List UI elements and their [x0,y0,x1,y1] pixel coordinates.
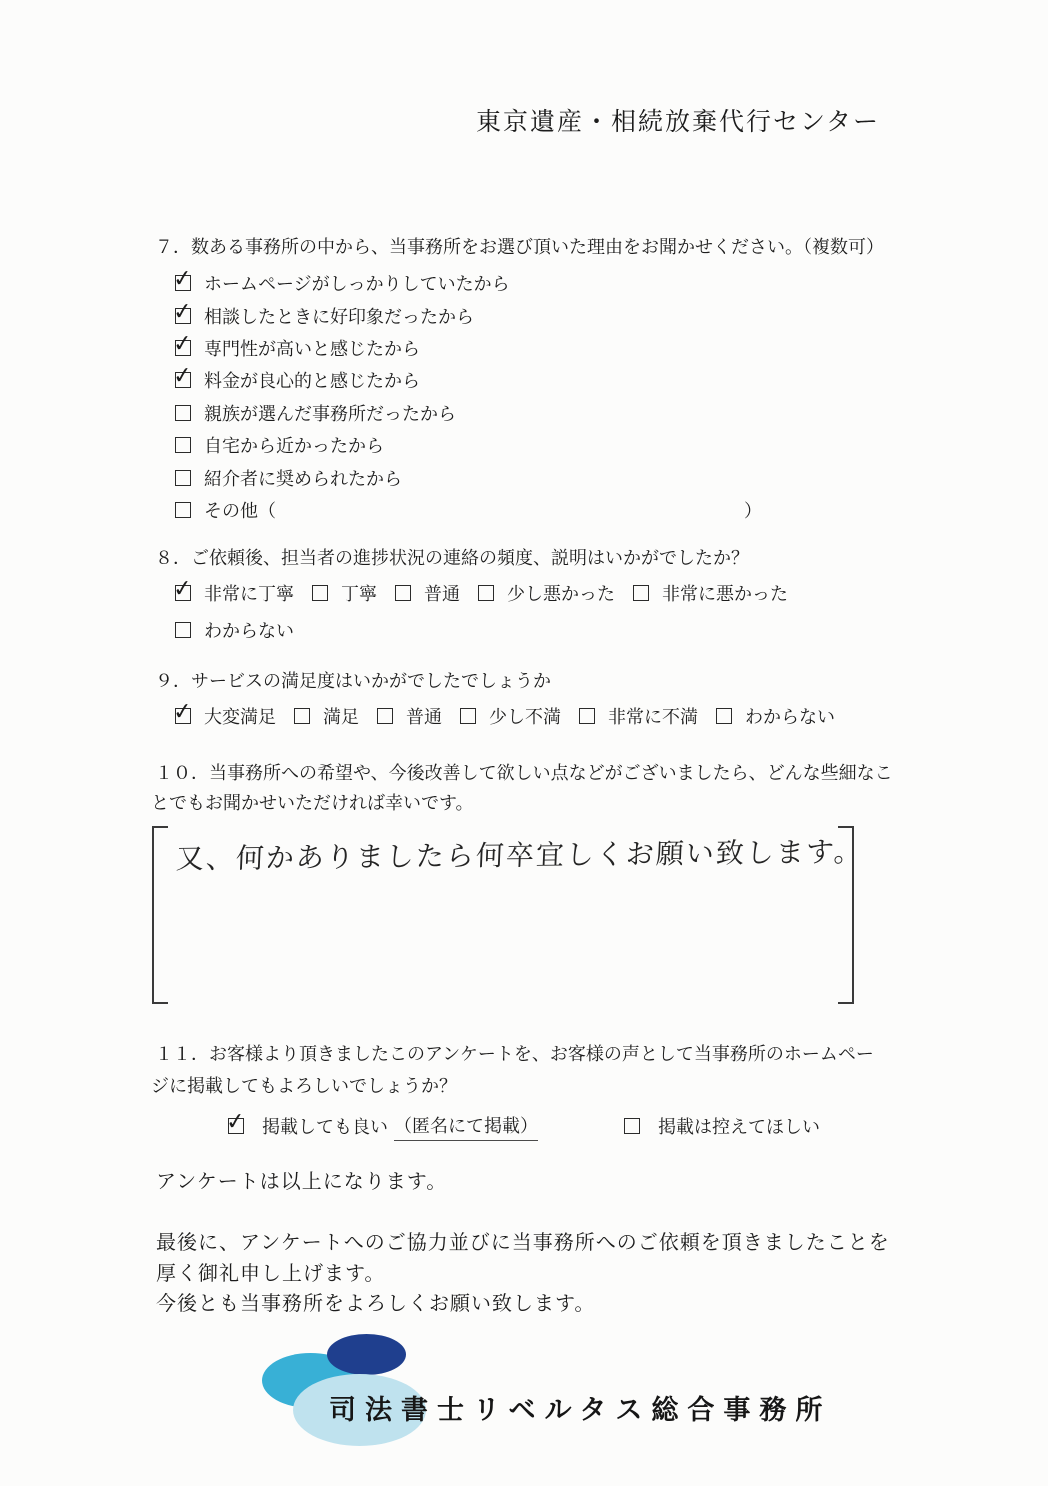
checkbox-icon[interactable] [175,437,191,453]
question-11-title-line2: ジに掲載してもよろしいでしょうか？ [151,1070,925,1102]
option-label: わからない [204,617,294,643]
checkbox-icon[interactable] [175,622,191,638]
option-bit-unsatisfied: 少し不満 [460,700,561,732]
option-label: 掲載しても良い [262,1113,388,1139]
question-8-options-row2: わからない [175,614,925,646]
option-label: 普通 [406,703,442,729]
option-expertise: 専門性が高いと感じたから [175,332,925,364]
question-9: ９．サービスの満足度はいかがでしたでしょうか 大変満足 満足 普通 少し不満 非… [155,668,925,732]
scanned-survey-page: 東京遺産・相続放棄代行センター ７．数ある事務所の中から、当事務所をお選び頂いた… [0,0,1048,1486]
question-8-title: ８．ご依頼後、担当者の進捗状況の連絡の頻度、説明はいかがでしたか？ [155,545,925,572]
checkbox-icon[interactable] [716,708,732,724]
question-10-title-line2: とでもお聞かせいただければ幸いです。 [151,788,925,818]
checkbox-icon[interactable] [175,405,191,421]
option-label: 非常に悪かった [662,580,788,606]
option-satisfied: 満足 [294,700,359,732]
checkbox-icon[interactable] [175,470,191,486]
checkbox-icon[interactable] [175,708,191,724]
option-label: 普通 [424,580,460,606]
question-7-title: ７．数ある事務所の中から、当事務所をお選び頂いた理由をお聞かせください。（複数可… [155,234,925,261]
checkbox-icon[interactable] [175,275,191,291]
option-label: 専門性が高いと感じたから [204,335,420,361]
checkbox-icon[interactable] [377,708,393,724]
option-label: 相談したときに好印象だったから [204,303,474,329]
checkbox-icon[interactable] [478,585,494,601]
option-good-impression: 相談したときに好印象だったから [175,299,925,331]
option-fair-price: 料金が良心的と感じたから [175,364,925,396]
question-11-title-line1: １１．お客様より頂きましたこのアンケートを、お客様の声として当事務所のホームペー [155,1038,925,1070]
option-label: 掲載は控えてほしい [658,1113,820,1139]
handwritten-comment: 又、何かありましたら何卒宜しくお願い致します。 [175,831,827,878]
question-7: ７．数ある事務所の中から、当事務所をお選び頂いた理由をお聞かせください。（複数可… [155,234,925,526]
checkbox-icon[interactable] [312,585,328,601]
office-logo-text: 司法書士リベルタス総合事務所 [329,1388,831,1427]
anonymous-note: （匿名にて掲載） [394,1112,538,1141]
option-ok-to-publish: 掲載しても良い （匿名にて掲載） [228,1112,538,1141]
free-comment-box: 又、何かありましたら何卒宜しくお願い致します。 [152,826,854,1004]
option-polite: 丁寧 [312,577,377,609]
closing-thanks: 最後に、アンケートへのご協力並びに当事務所へのご依頼を頂きましたことを 厚く御礼… [156,1228,890,1320]
option-dont-know: わからない [175,614,294,646]
option-label: その他（ [204,497,276,523]
option-label: 紹介者に奨められたから [204,465,402,491]
checkbox-icon[interactable] [175,585,191,601]
option-label: ホームページがしっかりしていたから [204,270,510,296]
page-title: 東京遺産・相続放棄代行センター [476,102,880,138]
option-label: 親族が選んだ事務所だったから [204,400,456,426]
option-very-unsatisfied: 非常に不満 [579,700,698,732]
option-label: 大変満足 [204,703,276,729]
option-bit-bad: 少し悪かった [478,577,615,609]
other-close-paren: ） [744,497,762,523]
checkbox-icon[interactable] [294,708,310,724]
option-family-chose: 親族が選んだ事務所だったから [175,397,925,429]
closing-line4: 今後とも当事務所をよろしくお願い致します。 [156,1289,890,1320]
question-8-options: 非常に丁寧 丁寧 普通 少し悪かった 非常に悪かった [175,577,925,609]
option-label: 少し不満 [489,703,561,729]
checkbox-icon[interactable] [633,585,649,601]
checkbox-icon[interactable] [175,308,191,324]
checkbox-icon[interactable] [228,1118,244,1134]
option-label: 非常に丁寧 [204,580,294,606]
option-do-not-publish: 掲載は控えてほしい [624,1113,820,1139]
question-9-options: 大変満足 満足 普通 少し不満 非常に不満 わからない [175,700,925,732]
closing-survey-end: アンケートは以上になります。 [156,1165,447,1194]
option-label: 少し悪かった [507,580,615,606]
option-dont-know: わからない [716,700,835,732]
closing-line2: 最後に、アンケートへのご協力並びに当事務所へのご依頼を頂きましたことを [156,1228,890,1259]
option-label: 非常に不満 [608,703,698,729]
question-7-options: ホームページがしっかりしていたから 相談したときに好印象だったから 専門性が高い… [175,267,925,526]
option-normal: 普通 [395,577,460,609]
box-bracket-left [152,826,168,1004]
checkbox-icon[interactable] [175,340,191,356]
closing-line3: 厚く御礼申し上げます。 [156,1259,890,1290]
option-very-bad: 非常に悪かった [633,577,788,609]
option-label: 自宅から近かったから [204,432,384,458]
option-near-home: 自宅から近かったから [175,429,925,461]
option-very-satisfied: 大変満足 [175,700,276,732]
checkbox-icon[interactable] [175,372,191,388]
option-normal: 普通 [377,700,442,732]
option-other: その他（ ） [175,494,925,526]
question-10-title-line1: １０．当事務所への希望や、今後改善して欲しい点などがございましたら、どんな些細な… [155,758,925,788]
checkbox-icon[interactable] [624,1118,640,1134]
logo-navy-circle [327,1334,406,1375]
checkbox-icon[interactable] [460,708,476,724]
option-recommended: 紹介者に奨められたから [175,461,925,493]
question-11-options: 掲載しても良い （匿名にて掲載） 掲載は控えてほしい [155,1110,925,1142]
question-8: ８．ご依頼後、担当者の進捗状況の連絡の頻度、説明はいかがでしたか？ 非常に丁寧 … [155,545,925,646]
option-label: 料金が良心的と感じたから [204,367,420,393]
question-10: １０．当事務所への希望や、今後改善して欲しい点などがございましたら、どんな些細な… [155,758,925,818]
checkbox-icon[interactable] [395,585,411,601]
option-label: 丁寧 [341,580,377,606]
option-very-polite: 非常に丁寧 [175,577,294,609]
option-label: わからない [745,703,835,729]
checkbox-icon[interactable] [579,708,595,724]
question-9-title: ９．サービスの満足度はいかがでしたでしょうか [155,668,925,695]
option-label: 満足 [323,703,359,729]
question-11: １１．お客様より頂きましたこのアンケートを、お客様の声として当事務所のホームペー… [155,1038,925,1142]
option-homepage: ホームページがしっかりしていたから [175,267,925,299]
checkbox-icon[interactable] [175,502,191,518]
